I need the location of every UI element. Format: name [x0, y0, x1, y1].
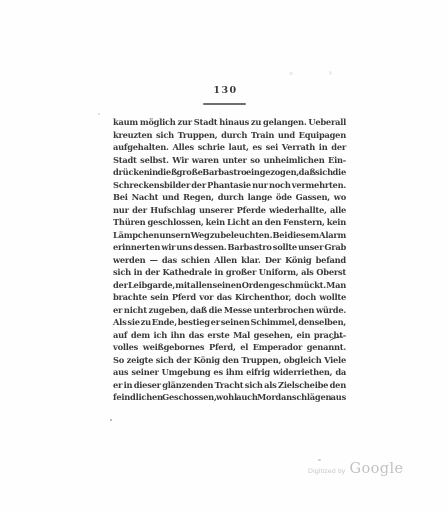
- text-line: aufgehalten. Alles schrie laut, es sei V…: [113, 141, 346, 154]
- text-line: er nicht zugeben, daß die Messe unterbro…: [113, 304, 346, 317]
- text-line: Als sie zu Ende, bestieg er seinen Schim…: [113, 316, 346, 329]
- body-text: kaum möglich zur Stadt hinaus zu gelange…: [113, 116, 346, 404]
- text-line: Schreckensbilder der Phantasie nur noch …: [113, 179, 346, 192]
- text-line: aus seiner Umgebung es ihm eifrig widerr…: [113, 366, 346, 379]
- text-line: kreuzten sich Truppen, durch Train und E…: [113, 129, 346, 142]
- scan-speck: [110, 419, 112, 421]
- page-number: 130: [1, 85, 448, 96]
- text-line: drücken in dieß große Barbastro eingezog…: [113, 166, 346, 179]
- scan-speck: [98, 113, 100, 115]
- text-line: werden — das schien Allen klar. Der Köni…: [113, 254, 346, 267]
- google-logo: Google: [350, 461, 404, 477]
- text-line: Lämpchen unsern Weg zu beleuchten. Bei d…: [113, 229, 346, 242]
- text-line: Thüren geschlossen, kein Licht an den Fe…: [113, 216, 346, 229]
- scan-speck: [289, 72, 293, 75]
- text-line: erinnerten wir uns dessen. Barbastro sol…: [113, 241, 346, 254]
- text-line: der Leibgarde, mit allen seinen Orden ge…: [113, 279, 346, 292]
- text-line: Bei Nacht und Regen, durch lange öde Gas…: [113, 191, 346, 204]
- text-line: er in dieser glänzenden Tracht sich als …: [113, 379, 346, 392]
- text-line: Stadt selbst. Wir waren unter so unheiml…: [113, 154, 346, 167]
- text-line: volles weißgebornes Pferd, el Emperador …: [113, 341, 346, 354]
- text-line: So zeigte sich der König den Truppen, ob…: [113, 354, 346, 367]
- text-line: nur der Hufschlag unserer Pferde wiederh…: [113, 204, 346, 217]
- text-line: feindlichen Geschossen, wohl auch Mordan…: [113, 391, 346, 404]
- watermark-prefix: Digitized by: [308, 468, 346, 475]
- text-line: auf dem ich ihn das erste Mal gesehen, e…: [113, 329, 346, 342]
- watermark: Digitized by Google: [308, 461, 404, 477]
- scan-speck: [329, 71, 332, 75]
- text-line: sich in der Kathedrale in großer Uniform…: [113, 266, 346, 279]
- text-line: brachte sein Pferd vor das Kirchenthor, …: [113, 291, 346, 304]
- text-line: kaum möglich zur Stadt hinaus zu gelange…: [113, 116, 346, 129]
- page-number-rule: [203, 103, 246, 105]
- book-page: 130 kaum möglich zur Stadt hinaus zu gel…: [0, 0, 448, 512]
